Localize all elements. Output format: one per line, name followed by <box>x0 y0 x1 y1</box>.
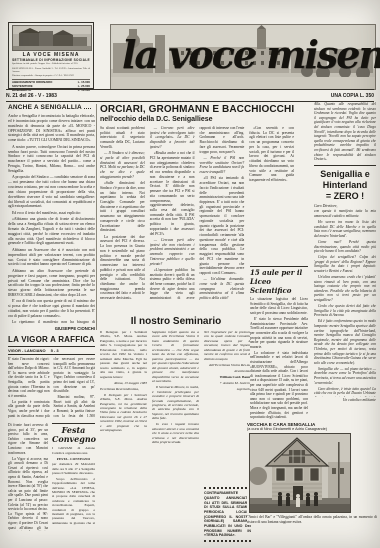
paragraph: Alla. Quanto alle responsabilità del sin… <box>314 102 376 162</box>
paragraph: Credo che questo derivi dal fatto che Se… <box>314 304 376 318</box>
masthead-town-thumbnail-photo <box>12 25 92 51</box>
paragraph: Il Delegato per i Seminari d'Italia, S.E… <box>100 330 147 379</box>
anche-article-body: Anche a Senigallia è incominciata la bat… <box>8 114 95 324</box>
letter-body: con questa ti manifesto tutta la mia ama… <box>314 209 376 397</box>
seminario-col1: Il Delegato per i Seminari d'Italia, S.E… <box>100 330 147 542</box>
paragraph: — Cercava però altre ipotesi che non ris… <box>150 238 195 266</box>
paragraph: Caro direttore, è triste tutto questo! L… <box>314 387 376 398</box>
paragraph: Abbiamo un Assessore che si è associato … <box>8 248 95 267</box>
paper-fineprint: Spedizione in abb. postale Gruppo 1/ter … <box>12 62 90 77</box>
liceo-headline-line2: Liceo Scientifico <box>250 278 308 296</box>
paragraph: Ho scorso tra mano la lista dei candidat… <box>314 220 376 238</box>
copy-price: UNA COPIA L. 350 <box>331 93 374 99</box>
paragraph: Roma, 13 maggio 1983 <box>100 381 147 385</box>
seminario-letter-end: Nel ringraziare per la premura con la qu… <box>204 330 251 393</box>
paragraph: In esso i ragazzi trovano educatori atte… <box>152 422 199 444</box>
paragraph: Direttore responsabile - Stampa in propr… <box>12 74 90 77</box>
masthead-info-box: LA VOCE MISENA SETTIMANALE DI INFORMAZIO… <box>8 22 94 89</box>
letter-signature: Un cattolico militante <box>314 398 376 402</box>
paragraph: Ed è fatto conformismo questo in modo la… <box>314 319 376 365</box>
left-column: ANCHE A SENIGALLIA .... Anche a Senigall… <box>8 104 95 531</box>
photo-feature-credit: (a cura di Nino Girolametti e Adrio Casa… <box>247 427 377 431</box>
newspaper-page: LA VOCE MISENA SETTIMANALE DI INFORMAZIO… <box>0 0 380 548</box>
zero-headline-line1: Senigallia e <box>314 169 376 180</box>
vigor-headline: LA VIGOR A RAFFICA <box>8 335 95 344</box>
paragraph: A nostro parere, coinvolgere Orciari in … <box>8 145 95 174</box>
left-column-bottom: Di fronte fuori avverso di gioco, poi al… <box>8 423 95 531</box>
vigor-match-line: VIGOR - LANCIANO 5 - 3 <box>8 346 95 355</box>
right-column: Alla. Quanto alle responsabilità del sin… <box>314 102 376 402</box>
paragraph: «Abbiamo una giunta che di fronte al dis… <box>8 217 95 246</box>
paragraph: Colpa dei senigalliesi? Colpa dei 'grupp… <box>314 255 376 273</box>
paragraph: Il Seminario Minore, in realtà, è l'ambi… <box>152 385 199 421</box>
paragraph: La Vigor si accorse, ma gli arruoli dema… <box>8 457 48 531</box>
paragraph: E' ora di finirla con questa gente di cu… <box>8 299 95 318</box>
paragraph: Abbiamo un altro Assessore che pretende … <box>8 269 95 298</box>
paragraph: Scopo dell'incontro è l'approfondimento … <box>52 477 95 526</box>
masthead-script-title: la voce misena <box>122 32 380 77</box>
orciari-subhead: nell'occhio della D.C. Senigalliese <box>100 116 294 123</box>
vigor-score: 5 - 3 <box>51 348 59 353</box>
zero-headline: Senigallia e Hinterland = ZERO ! <box>314 165 376 201</box>
paragraph: — Il Sindaco si è dimesso; si parla di a… <box>100 151 145 179</box>
seminario-col2: Sappiamo infatti quanto sta a cuore alla… <box>152 330 199 542</box>
liceo-article-body: La situazione logistica del Liceo Scient… <box>250 297 308 427</box>
paragraph: — Perché il PSI non vorrebbe sostituire … <box>200 156 245 175</box>
paragraph: Senigallia che — sul piano turistico — d… <box>314 367 376 385</box>
zero-headline-line3: = ZERO ! <box>314 191 376 202</box>
paragraph: con questa ti manifesto tutta la mia ama… <box>314 209 376 218</box>
festa-title: Festa Convegno <box>52 423 95 446</box>
issue-number: N. 21 del 26 - V - 1983 <box>6 93 57 99</box>
letter-salutation: Caro Direttore, <box>314 204 376 208</box>
paragraph: Nel ringraziare per la premura con la qu… <box>204 330 251 361</box>
paragraph: «Sulle dimissioni del Sindaco c'è poco d… <box>100 181 145 233</box>
paragraph: Ed ecco il testo del manifesto, assai es… <box>8 211 95 216</box>
paragraph: Come mai? Perché questa discriminazione,… <box>314 240 376 254</box>
seminario-section: Il nostro Seminario Il Delegato per i Se… <box>100 316 252 542</box>
paragraph: «Il PSI sta tentando di accreditare Orci… <box>200 176 245 275</box>
orciari-headline: ORCIARI, GROHMANN E BACCHIOCCHI <box>100 104 294 115</box>
paragraph: E' stato l'incontro dei rigori: ben nove… <box>8 357 50 398</box>
paragraph: La posizione dei due assessori del PCI è… <box>100 235 145 301</box>
paragraph: — Corrono però altre ipotesi che coinvol… <box>150 126 195 150</box>
paragraph: dell'Eccellenza Vostra Rev.ma <box>204 363 251 367</box>
vigor-article-continuation: Di fronte fuori avverso di gioco, poi al… <box>8 423 48 531</box>
paragraph: La situazione logistica del Liceo Scient… <box>250 297 308 315</box>
festa-body: I GIOVANI di Azione Cattolica organizzan… <box>52 446 95 526</box>
paragraph: La soluzione è stata individuata nell'im… <box>250 351 308 420</box>
column-rule <box>96 104 97 330</box>
paragraph: William Card. Baum <box>204 375 251 379</box>
liceo-article: 15 aule per il Liceo Scientifico La situ… <box>250 266 308 427</box>
paragraph: I GIOVANI di Azione Cattolica organizzan… <box>52 446 95 455</box>
masthead: la voce misena <box>110 24 374 88</box>
paragraph: Un'altra amarezza: credo che i 'pidanti'… <box>314 275 376 303</box>
paragraph: «Con serenità e con fiducia. La DC si pr… <box>249 126 294 183</box>
dateline: N. 21 del 26 - V - 1983 UNA COPIA L. 350 <box>6 89 374 102</box>
editorial-notice: CONTRARIAMENTE A QUANTO ANNUNCIATO, GLI … <box>204 487 251 542</box>
photo-feature: VECCHIA E CARA SENIGALLIA (a cura di Nin… <box>247 422 377 525</box>
orciari-continuation: Alla. Quanto alle responsabilità del sin… <box>314 102 376 162</box>
liceo-headline: 15 aule per il Liceo Scientifico <box>250 266 308 297</box>
paragraph: Di fronte fuori avverso di gioco, poi al… <box>8 423 48 455</box>
seminario-col3: Nel ringraziare per la premura con la qu… <box>204 330 251 542</box>
paragraph: Spedizione in abb. postale Gruppo 1/ter … <box>12 62 90 65</box>
anche-byline: GIUSEPPE CIONCHI <box>8 326 95 331</box>
paragraph: 60019 SENIGALLIA - Piazza Garibaldi 3 - … <box>12 67 90 73</box>
festa-convegno-box: Festa Convegno I GIOVANI di Azione Catto… <box>52 423 95 531</box>
paragraph: per domenica 29 MAGGIO dalle ore 9 alle … <box>52 462 95 475</box>
seminario-headline: Il nostro Seminario <box>100 316 252 327</box>
paragraph: Anche a Senigallia è incominciata la bat… <box>8 114 95 143</box>
festa-title-line2: Convegno <box>52 435 95 444</box>
paragraph: devotissimo <box>204 369 251 373</box>
paragraph: FESTA - CONVEGNO <box>52 457 95 461</box>
paragraph: Il Delegato per i Seminari d'Italia, S.E… <box>100 393 147 433</box>
villa-photo <box>249 433 351 513</box>
paragraph: — Un'ultima domanda: come vede la DC que… <box>200 277 245 301</box>
paragraph: + Antonio M. Javierre <box>204 381 251 385</box>
paragraph: A proposito del Sindaco — candidato sena… <box>8 175 95 209</box>
vigor-article-body: E' stato l'incontro dei rigori: ben nove… <box>8 357 95 421</box>
paragraph: «Risulta anche a noi che il PCI ha apert… <box>150 151 195 236</box>
paragraph: Lo ripetiamo: il manifesto non ha bisogn… <box>8 320 95 324</box>
paragraph: Su alcuni scottanti problemi politici at… <box>100 126 145 150</box>
paragraph: segretario <box>204 387 251 391</box>
paragraph: E' stato lo stesso Presidente della Ammi… <box>250 317 308 349</box>
vigor-match: VIGOR - LANCIANO <box>8 348 46 353</box>
photo-caption: "Amici del Bar" e "Villeggianti" all'omb… <box>247 515 377 525</box>
anche-headline: ANCHE A SENIGALLIA .... <box>8 104 95 111</box>
paragraph: Sappiamo infatti quanto sta a cuore alla… <box>152 330 199 384</box>
zero-headline-line2: Hinterland <box>314 180 376 191</box>
paragraph: Eccellenza Reverendissima, <box>100 387 147 391</box>
